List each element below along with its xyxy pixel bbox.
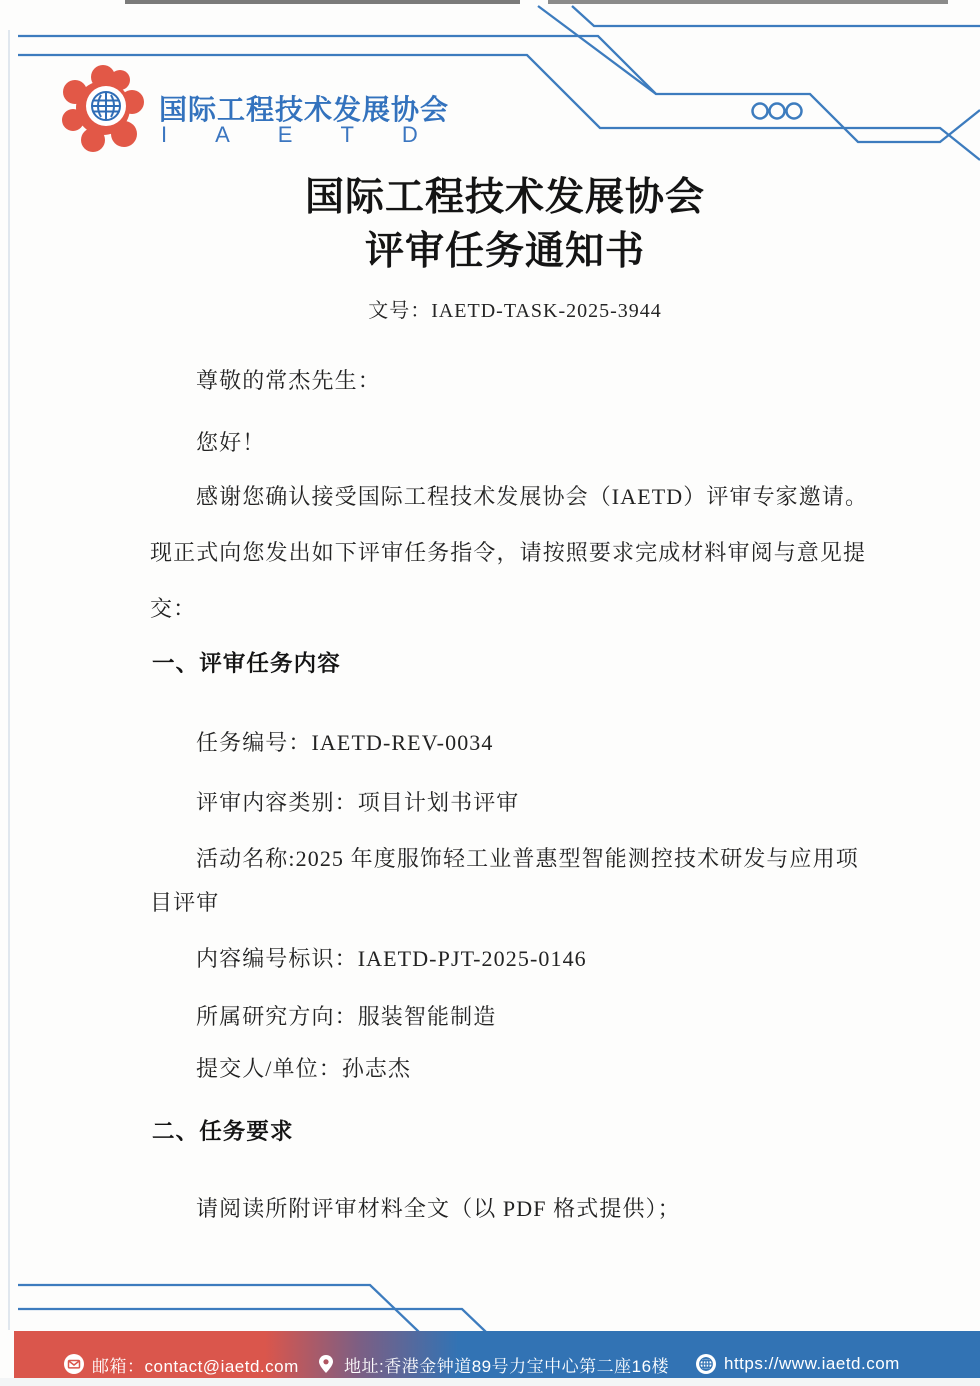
- activity-name-line1: 活动名称:2025 年度服饰轻工业普惠型智能测控技术研发与应用项: [196, 842, 859, 873]
- document-page: 国际工程技术发展协会 IAETD 国际工程技术发展协会 评审任务通知书 文号：I…: [0, 0, 980, 1386]
- activity-name-line2: 目评审: [150, 886, 219, 917]
- section1-heading: 一、评审任务内容: [152, 646, 341, 678]
- greeting: 您好！: [196, 426, 265, 457]
- envelope-icon: [64, 1354, 84, 1374]
- intro-paragraph-line3: 交：: [150, 592, 196, 623]
- intro-paragraph-line1: 感谢您确认接受国际工程技术发展协会（IAETD）评审专家邀请。: [196, 480, 868, 511]
- document-title-line1: 国际工程技术发展协会: [0, 166, 980, 222]
- footer-website: https://www.iaetd.com: [696, 1350, 900, 1378]
- footer-address-text: 地址:香港金钟道89号力宝中心第二座16楼: [344, 1352, 669, 1377]
- footer-email: 邮箱：contact@iaetd.com: [64, 1350, 299, 1378]
- requirement-line1: 请阅读所附评审材料全文（以 PDF 格式提供）；: [196, 1192, 681, 1223]
- footer-website-text: https://www.iaetd.com: [724, 1354, 900, 1374]
- content-id-line: 内容编号标识：IAETD-PJT-2025-0146: [196, 942, 587, 973]
- scan-edge-bottom: [0, 1378, 980, 1386]
- submitter-line: 提交人/单位：孙志杰: [196, 1052, 411, 1083]
- circuit-decoration-bottom: [0, 1253, 980, 1333]
- location-pin-icon: [316, 1354, 336, 1374]
- review-category-line: 评审内容类别：项目计划书评审: [196, 786, 519, 817]
- footer-address: 地址:香港金钟道89号力宝中心第二座16楼: [316, 1350, 669, 1378]
- org-logo-emblem-icon: [48, 62, 158, 157]
- document-number: 文号：IAETD-TASK-2025-3944: [0, 294, 980, 323]
- org-acronym-text: IAETD: [161, 122, 466, 148]
- globe-icon: [696, 1354, 716, 1374]
- footer-email-text: 邮箱：contact@iaetd.com: [92, 1352, 299, 1377]
- section2-heading: 二、任务要求: [152, 1114, 294, 1146]
- task-number-line: 任务编号：IAETD-REV-0034: [196, 726, 494, 757]
- salutation: 尊敬的常杰先生：: [196, 364, 381, 395]
- intro-paragraph-line2: 现正式向您发出如下评审任务指令，请按照要求完成材料审阅与意见提: [150, 536, 866, 567]
- document-title-line2: 评审任务通知书: [0, 220, 980, 276]
- research-direction-line: 所属研究方向：服装智能制造: [196, 1000, 496, 1031]
